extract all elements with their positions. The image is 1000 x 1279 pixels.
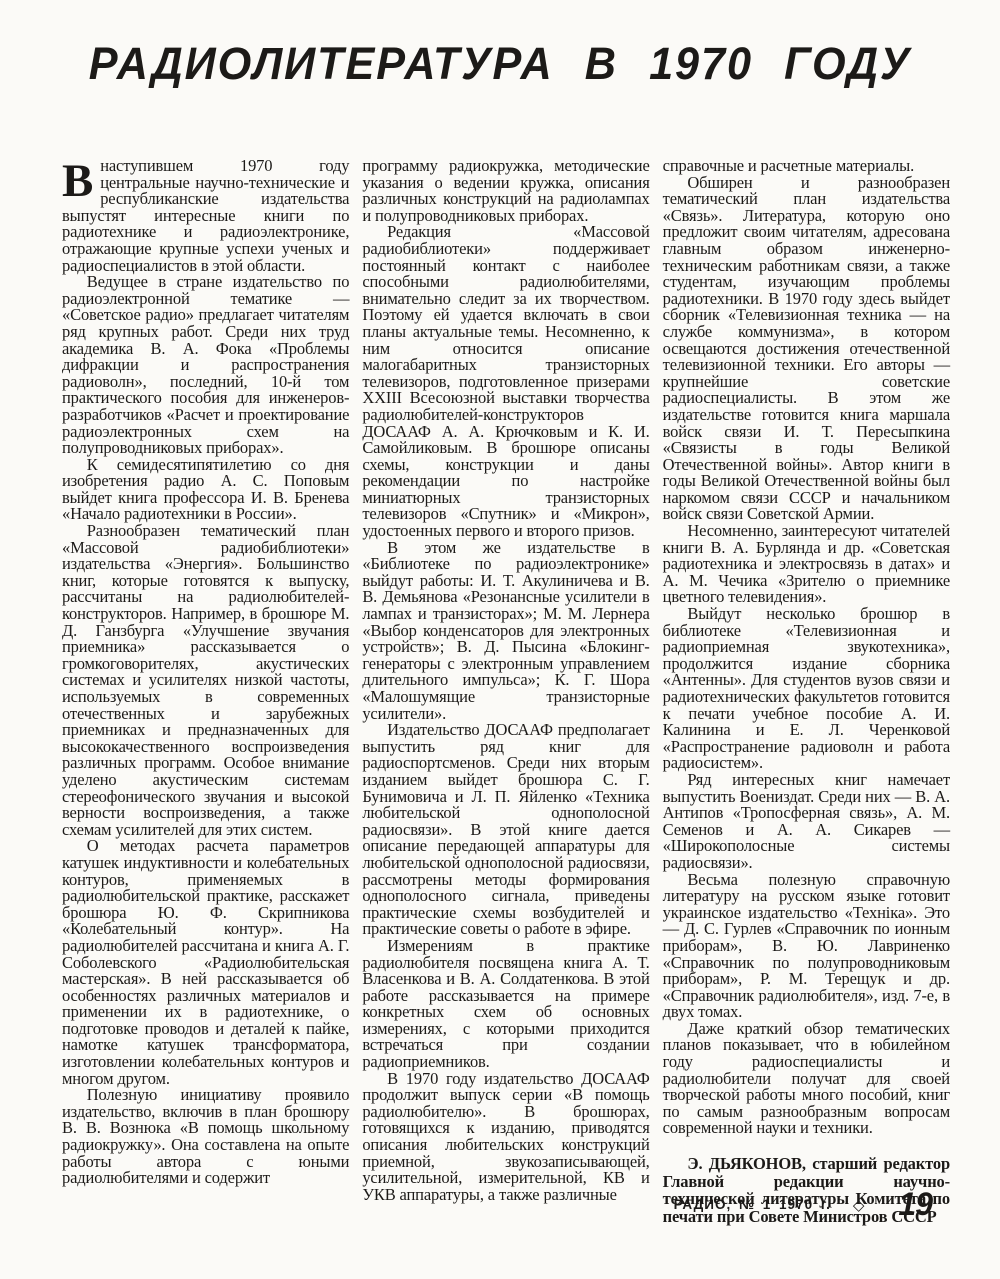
paragraph: К семидесятипятилетию со дня изобретения… xyxy=(62,457,349,523)
paragraph: В 1970 году издательство ДОСААФ продолжи… xyxy=(362,1071,649,1204)
page-footer: РАДИО, № 1 1970 г. ◇ 19 xyxy=(674,1186,932,1223)
column-2: программу радиокружка, методические указ… xyxy=(362,158,649,1225)
paragraph: Обширен и разнообразен тематический план… xyxy=(663,175,950,523)
article-title: РАДИОЛИТЕРАТУРА В 1970 ГОДУ xyxy=(20,38,980,90)
paragraph: Выйдут несколько брошюр в библиотеке «Те… xyxy=(663,606,950,772)
paragraph: Весьма полезную справочную литературу на… xyxy=(663,872,950,1021)
column-3: справочные и расчетные материалы. Обшире… xyxy=(663,158,950,1225)
journal-issue-line: РАДИО, № 1 1970 г. xyxy=(674,1197,831,1212)
paragraph: Издательство ДОСААФ предполагает выпусти… xyxy=(362,722,649,938)
paragraph: О методах расчета параметров катушек инд… xyxy=(62,838,349,1087)
magazine-page: РАДИОЛИТЕРАТУРА В 1970 ГОДУ Внаступившем… xyxy=(0,0,1000,1279)
page-number: 19 xyxy=(898,1186,932,1223)
paragraph: Редакция «Массовой радиобиблиотеки» подд… xyxy=(362,224,649,539)
dropcap-letter: В xyxy=(62,158,100,201)
article-body: Внаступившем 1970 году центральные научн… xyxy=(62,158,950,1225)
paragraph: В этом же издательстве в «Библиотеке по … xyxy=(362,540,649,723)
paragraph: Даже краткий обзор тематических планов п… xyxy=(663,1021,950,1137)
paragraph: программу радиокружка, методические указ… xyxy=(362,158,649,224)
paragraph: Полезную инициативу проявило издательств… xyxy=(62,1087,349,1187)
paragraph: Измерениям в практике радиолюбителя посв… xyxy=(362,938,649,1071)
paragraph-text: наступившем 1970 году центральные научно… xyxy=(62,156,349,275)
paragraph: Ведущее в стране издательство по радиоэл… xyxy=(62,274,349,457)
diamond-icon: ◇ xyxy=(853,1196,865,1214)
paragraph: Несомненно, заинтересуют читателей книги… xyxy=(663,523,950,606)
paragraph: Ряд интересных книг намечает выпустить В… xyxy=(663,772,950,872)
paragraph: Внаступившем 1970 году центральные научн… xyxy=(62,158,349,274)
column-1: Внаступившем 1970 году центральные научн… xyxy=(62,158,349,1225)
paragraph: Разнообразен тематический план «Массовой… xyxy=(62,523,349,838)
